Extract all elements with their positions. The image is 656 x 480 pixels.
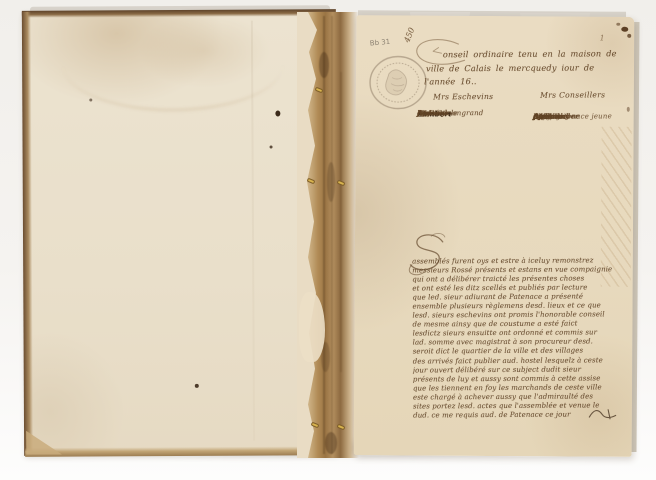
ink-spot (270, 146, 273, 149)
name-label: Jannisse (417, 109, 448, 119)
spine-streak (323, 16, 325, 454)
column-header-conseillers: Mrs Conseillers (540, 90, 605, 99)
manuscript-paragraph: assemblés furent oys et estre à iceluy r… (412, 256, 629, 420)
cover-turnin-left (22, 12, 33, 456)
cover-turnin-bottom (25, 446, 337, 457)
heading-line-3: l'année 16.. (424, 76, 477, 86)
name-label: de la Vorbae (533, 112, 580, 121)
column-header-eschevins: Mrs Eschevins (433, 92, 493, 101)
spine-stain (325, 432, 337, 454)
spine-streak (340, 72, 342, 372)
binding-spine (297, 12, 359, 458)
right-manuscript-page: Bb 31 450 1 onseil ordinaire tenu en la … (354, 15, 635, 457)
manuscript-scan: Bb 31 450 1 onseil ordinaire tenu en la … (0, 0, 656, 480)
left-pastedown-page (23, 10, 337, 456)
torn-pastedown-edge (297, 12, 317, 458)
spine-streak (331, 16, 333, 454)
folio-number: 1 (600, 33, 605, 42)
sewing-stitch (337, 424, 346, 431)
ink-spot (275, 110, 280, 116)
page-content: Bb 31 450 1 onseil ordinaire tenu en la … (354, 15, 635, 457)
cover-turnin-top (22, 9, 336, 18)
ink-spot (89, 98, 92, 101)
ink-spot (195, 384, 199, 388)
end-flourish-icon (588, 407, 618, 421)
sewing-stitch (307, 178, 316, 185)
pencil-shelfmark: Bb 31 (369, 38, 390, 48)
torn-parchment-piece (299, 292, 325, 362)
spine-stain (327, 162, 335, 202)
heading-line-1: onseil ordinaire tenu en la maison de (443, 48, 617, 59)
spine-stain (319, 52, 329, 78)
heading-line-2: ville de Calais le mercquedy iour de (426, 62, 594, 73)
sewing-stitch (337, 180, 346, 187)
